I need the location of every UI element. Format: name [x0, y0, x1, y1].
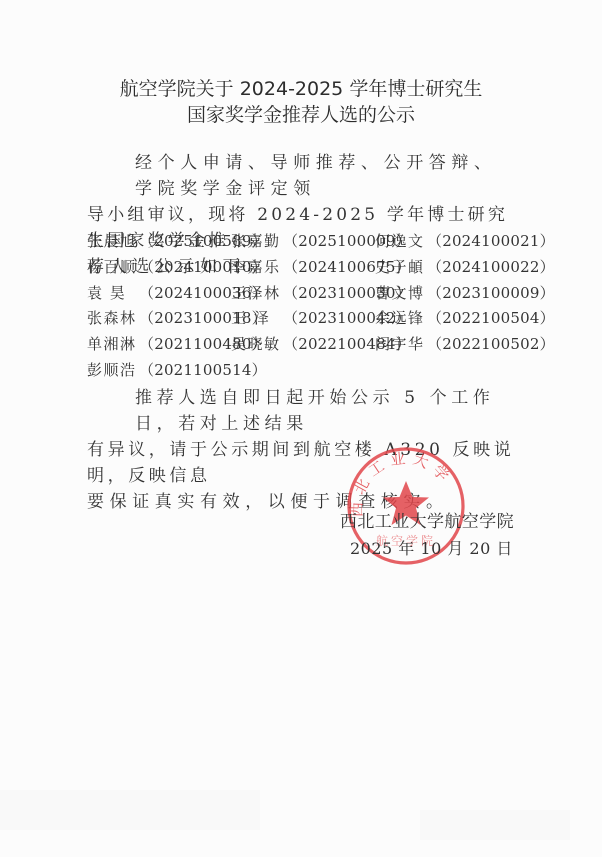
scan-artifact: [0, 790, 260, 830]
candidate-name: 史子頔: [375, 255, 427, 281]
candidate-name: 杨百顺: [87, 255, 139, 281]
candidate-entry: 余远锋（2022100504）: [375, 306, 519, 332]
candidate-name: 张嘉勤: [231, 229, 283, 255]
candidate-name: 李嘉乐: [231, 255, 283, 281]
candidate-entry: 王 泽（2023100042）: [231, 306, 375, 332]
signature-institution: 西北工业大学航空学院: [340, 509, 514, 535]
candidate-entry: 单湘淋（2021100480）: [87, 332, 231, 358]
candidate-entry: 王泽林（2023100030）: [231, 281, 375, 307]
candidate-name: 彭顺浩: [87, 358, 139, 384]
candidate-name: 袁 昊: [87, 281, 139, 307]
title-line-1: 航空学院关于 2024-2025 学年博士研究生: [0, 76, 602, 102]
notice-paragraph: 推荐人选自即日起开始公示 5 个工作日，若对上述结果 有异议，请于公示期间到航空…: [87, 385, 515, 515]
candidate-id: （2022100504）: [427, 309, 555, 327]
candidate-entry: 吴晓敏（2022100484）: [231, 332, 375, 358]
candidate-name: 闫宇华: [375, 332, 427, 358]
candidate-entry: 袁 昊（2024100036）: [87, 281, 231, 307]
intro-line-1: 经个人申请、导师推荐、公开答辩、学院奖学金评定领: [87, 150, 515, 202]
candidate-entry: 曹文博（2023100009）: [375, 281, 519, 307]
candidate-id: （2023100009）: [427, 284, 555, 302]
candidate-name: 王 泽: [231, 306, 283, 332]
candidate-entry: 李嘉乐（2024100675）: [231, 255, 375, 281]
title-line-2: 国家奖学金推荐人选的公示: [0, 102, 602, 128]
candidate-entry: 史子頔（2024100022）: [375, 255, 519, 281]
scan-artifact: [420, 810, 570, 840]
candidate-entry: 闫宇华（2022100502）: [375, 332, 519, 358]
candidate-id: （2022100502）: [427, 335, 555, 353]
candidate-row: 单湘淋（2021100480） 吴晓敏（2022100484） 闫宇华（2022…: [87, 332, 527, 358]
candidate-name: 何逸文: [375, 229, 427, 255]
candidate-row: 袁 昊（2024100036） 王泽林（2023100030） 曹文博（2023…: [87, 281, 527, 307]
document-title: 航空学院关于 2024-2025 学年博士研究生 国家奖学金推荐人选的公示: [0, 76, 602, 128]
candidate-name: 单湘淋: [87, 332, 139, 358]
candidate-row: 张晨旭（2025100589） 张嘉勤（2025100009） 何逸文（2024…: [87, 229, 527, 255]
candidate-name: 张森林: [87, 306, 139, 332]
notice-line-2: 有异议，请于公示期间到航空楼 A320 反映说明，反映信息: [87, 437, 515, 489]
candidate-row: 彭顺浩（2021100514）: [87, 358, 527, 384]
candidate-id: （2024100022）: [427, 258, 555, 276]
candidate-name: 吴晓敏: [231, 332, 283, 358]
candidate-entry: 杨百顺（2024100010）: [87, 255, 231, 281]
candidate-id: （2024100021）: [427, 232, 555, 250]
notice-line-1: 推荐人选自即日起开始公示 5 个工作日，若对上述结果: [87, 385, 515, 437]
candidate-entry: 何逸文（2024100021）: [375, 229, 519, 255]
candidate-name: 张晨旭: [87, 229, 139, 255]
candidate-row: 张森林（2023100018） 王 泽（2023100042） 余远锋（2022…: [87, 306, 527, 332]
candidate-name: 余远锋: [375, 306, 427, 332]
candidate-entry: 张森林（2023100018）: [87, 306, 231, 332]
candidate-entry: 彭顺浩（2021100514）: [87, 358, 231, 384]
candidate-name: 曹文博: [375, 281, 427, 307]
candidate-list: 张晨旭（2025100589） 张嘉勤（2025100009） 何逸文（2024…: [87, 229, 527, 384]
candidate-entry: 张晨旭（2025100589）: [87, 229, 231, 255]
candidate-name: 王泽林: [231, 281, 283, 307]
document-page: 航空学院关于 2024-2025 学年博士研究生 国家奖学金推荐人选的公示 经个…: [0, 0, 602, 857]
candidate-entry: 张嘉勤（2025100009）: [231, 229, 375, 255]
signature-date: 2025 年 10 月 20 日: [350, 536, 513, 562]
candidate-id: （2021100514）: [139, 361, 267, 379]
candidate-row: 杨百顺（2024100010） 李嘉乐（2024100675） 史子頔（2024…: [87, 255, 527, 281]
